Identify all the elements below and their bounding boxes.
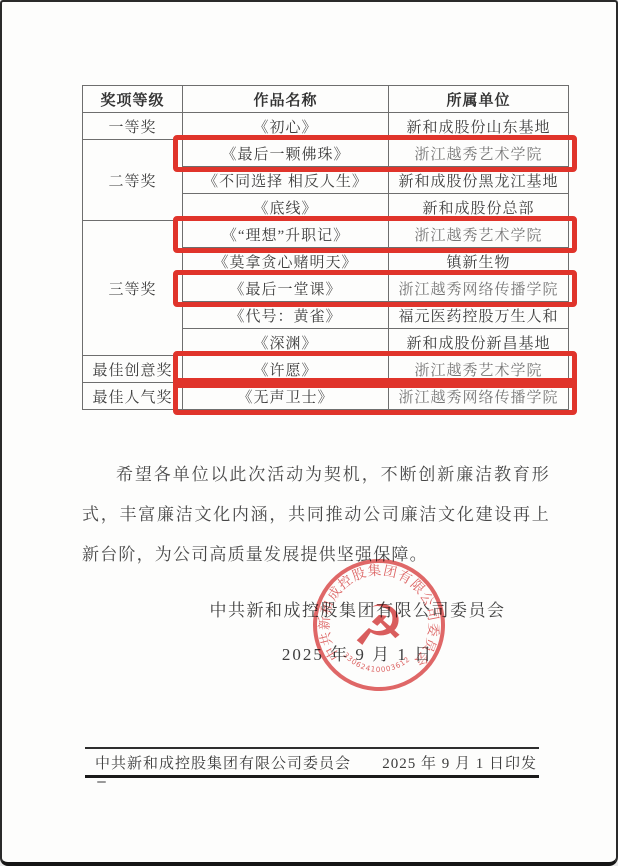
signature-org: 中共新和成控股集团有限公司委员会 (205, 599, 510, 623)
work-title-cell: 《不同选择 相反人生》 (183, 167, 389, 194)
footer-issuer: 中共新和成控股集团有限公司委员会 (95, 752, 351, 773)
unit-cell: 新和成股份山东基地 (389, 113, 569, 140)
unit-cell: 浙江越秀网络传播学院 (389, 383, 569, 410)
header-unit: 所属单位 (389, 86, 569, 113)
unit-cell: 浙江越秀艺术学院 (389, 140, 569, 167)
footer-print-date: 2025 年 9 月 1 日印发 (382, 752, 537, 773)
work-title-cell: 《代号：黄雀》 (183, 302, 389, 329)
work-title-cell: 《深渊》 (183, 329, 389, 356)
unit-cell: 新和成股份新昌基地 (389, 329, 569, 356)
award-level-cell: 三等奖 (83, 221, 183, 356)
unit-cell: 新和成股份黑龙江基地 (389, 167, 569, 194)
award-level-cell: 一等奖 (83, 113, 183, 140)
table-row: 二等奖《最后一颗佛珠》浙江越秀艺术学院 (83, 140, 569, 167)
unit-cell: 福元医药控股万生人和 (389, 302, 569, 329)
closing-paragraph: 希望各单位以此次活动为契机，不断创新廉洁教育形式，丰富廉洁文化内涵，共同推动公司… (82, 455, 550, 575)
work-title-cell: 《莫拿贪心赌明天》 (183, 248, 389, 275)
header-work-title: 作品名称 (183, 86, 389, 113)
unit-cell: 浙江越秀艺术学院 (389, 356, 569, 383)
award-level-cell: 二等奖 (83, 140, 183, 221)
work-title-cell: 《最后一颗佛珠》 (183, 140, 389, 167)
document-page: 奖项等级 作品名称 所属单位 一等奖《初心》新和成股份山东基地二等奖《最后一颗佛… (0, 0, 618, 866)
award-level-cell: 最佳创意奖 (83, 356, 183, 383)
unit-cell: 镇新生物 (389, 248, 569, 275)
work-title-cell: 《“理想”升职记》 (183, 221, 389, 248)
award-table-body: 一等奖《初心》新和成股份山东基地二等奖《最后一颗佛珠》浙江越秀艺术学院《不同选择… (83, 113, 569, 410)
footer: 中共新和成控股集团有限公司委员会 2025 年 9 月 1 日印发 (85, 747, 539, 778)
header-award-level: 奖项等级 (83, 86, 183, 113)
table-row: 一等奖《初心》新和成股份山东基地 (83, 113, 569, 140)
scan-artifact-mark (97, 781, 106, 783)
work-title-cell: 《许愿》 (183, 356, 389, 383)
work-title-cell: 《无声卫士》 (183, 383, 389, 410)
signature-block: 中共新和成控股集团有限公司委员会 2025 年 9 月 1 日 (205, 599, 510, 665)
table-row: 最佳创意奖《许愿》浙江越秀艺术学院 (83, 356, 569, 383)
unit-cell: 浙江越秀艺术学院 (389, 221, 569, 248)
signature-date: 2025 年 9 月 1 日 (205, 640, 510, 665)
award-level-cell: 最佳人气奖 (83, 383, 183, 410)
work-title-cell: 《底线》 (183, 194, 389, 221)
unit-cell: 浙江越秀网络传播学院 (389, 275, 569, 302)
table-row: 三等奖《“理想”升职记》浙江越秀艺术学院 (83, 221, 569, 248)
table-header-row: 奖项等级 作品名称 所属单位 (83, 86, 569, 113)
award-table: 奖项等级 作品名称 所属单位 一等奖《初心》新和成股份山东基地二等奖《最后一颗佛… (82, 85, 569, 410)
work-title-cell: 《最后一堂课》 (183, 275, 389, 302)
work-title-cell: 《初心》 (183, 113, 389, 140)
unit-cell: 新和成股份总部 (389, 194, 569, 221)
table-row: 最佳人气奖《无声卫士》浙江越秀网络传播学院 (83, 383, 569, 410)
